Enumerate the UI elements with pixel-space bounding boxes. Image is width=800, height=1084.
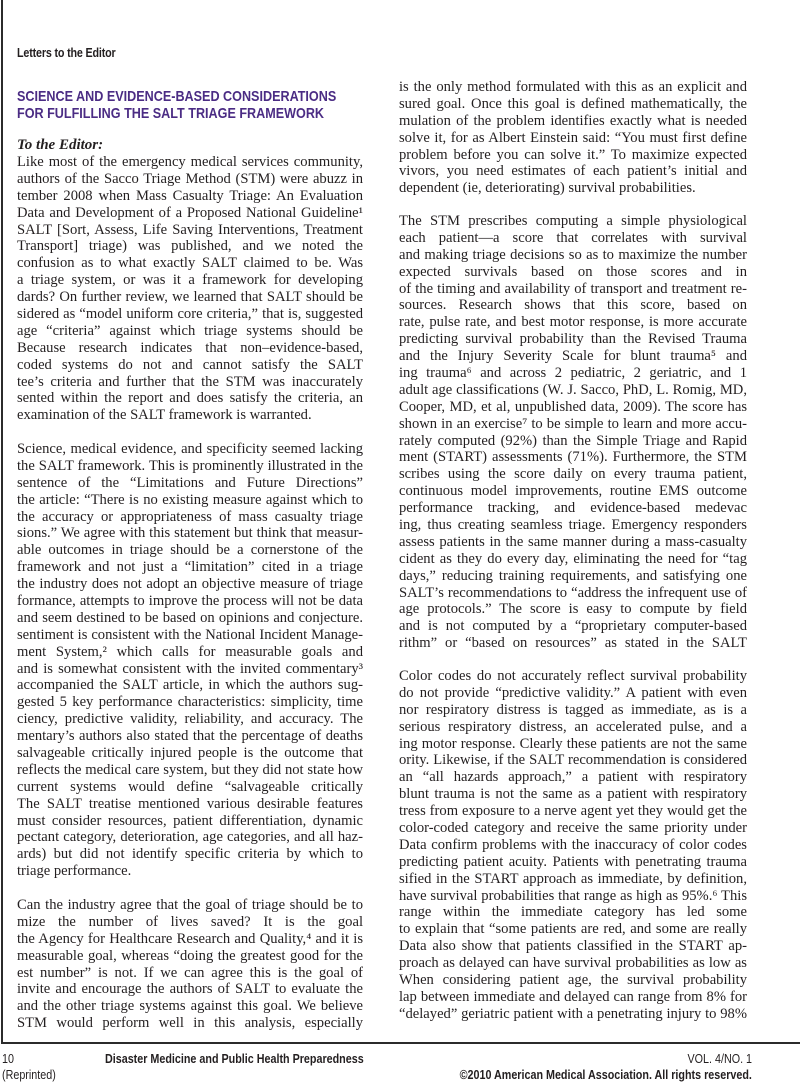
text-line: nor respiratory distress is tagged as im… <box>399 702 747 719</box>
text-line: and the other triage systems against thi… <box>17 998 363 1015</box>
text-line: ing trauma⁶ and across 2 pediatric, 2 ge… <box>399 365 747 382</box>
text-line: solve it, for as Albert Einstein said: “… <box>399 130 747 147</box>
text-line: formance, attempts to improve the proces… <box>17 593 363 610</box>
text-line: do not provide “predictive validity.” A … <box>399 685 747 702</box>
text-line: scribes using the score daily on every t… <box>399 466 747 483</box>
text-line: ing, thus creating seamless triage. Emer… <box>399 517 747 534</box>
text-line: have survival probabilities that range a… <box>399 888 747 905</box>
text-line: triage performance. <box>17 863 363 880</box>
right-paragraph-1: is the only method formulated with this … <box>399 79 747 197</box>
text-line: mulation of the problem identifies exact… <box>399 113 747 130</box>
text-line: authors of the Sacco Triage Method (STM)… <box>17 171 363 188</box>
text-line: and making triage decisions so as to max… <box>399 247 747 264</box>
text-line: Data also show that patients classified … <box>399 938 747 955</box>
text-line: of the timing and availability of transp… <box>399 281 747 298</box>
left-paragraph-2: Science, medical evidence, and specifici… <box>17 441 363 880</box>
title-line: FOR FULFILLING THE SALT TRIAGE FRAMEWORK <box>17 105 336 122</box>
text-line: sentence of the “Limitations and Future … <box>17 475 363 492</box>
text-line: When considering patient age, the surviv… <box>399 972 747 989</box>
text-line: days,” reducing training requirements, a… <box>399 568 747 585</box>
text-line: and is somewhat consistent with the invi… <box>17 661 363 678</box>
text-line: the SALT framework. This is prominently … <box>17 458 363 475</box>
text-line: gested 5 key performance characteristics… <box>17 694 363 711</box>
text-line: “delayed” geriatric patient with a penet… <box>399 1006 747 1023</box>
text-line: predicting patient acuity. Patients with… <box>399 854 747 871</box>
text-line: sions.” We agree with this statement but… <box>17 525 363 542</box>
text-line: age protocols.” The score is easy to com… <box>399 601 747 618</box>
text-line: measurable goal, whereas “doing the grea… <box>17 948 363 965</box>
page-frame-left-rule <box>1 0 3 1044</box>
text-line: ment System,² which calls for measurable… <box>17 644 363 661</box>
text-line: range within the immediate category has … <box>399 904 747 921</box>
journal-name: Disaster Medicine and Public Health Prep… <box>105 1052 364 1066</box>
right-paragraph-3: Color codes do not accurately reflect su… <box>399 668 747 1023</box>
text-line: Can the industry agree that the goal of … <box>17 897 363 914</box>
volume-issue: VOL. 4/NO. 1 <box>687 1052 752 1066</box>
text-line: reflects the medical care system, but th… <box>17 762 363 779</box>
text-line: est number” is not. If we can agree this… <box>17 965 363 982</box>
text-line: Data confirm problems with the inaccurac… <box>399 837 747 854</box>
article-title: SCIENCE AND EVIDENCE-BASED CONSIDERATION… <box>17 88 336 122</box>
text-line: sified in the START approach as immediat… <box>399 871 747 888</box>
text-line: ciency, predictive validity, reliability… <box>17 711 363 728</box>
text-line: able outcomes in triage should be a corn… <box>17 542 363 559</box>
text-line: sources. Research shows that this score,… <box>399 297 747 314</box>
text-line: and is not computed by a “proprietary co… <box>399 618 747 635</box>
text-line: an “all hazards approach,” a patient wit… <box>399 769 747 786</box>
text-line: and seem destined to be based on opinion… <box>17 610 363 627</box>
text-line: vivors, you need estimates of each patie… <box>399 163 747 180</box>
title-line: SCIENCE AND EVIDENCE-BASED CONSIDERATION… <box>17 88 336 105</box>
text-line: shown in an exercise⁷ to be simple to le… <box>399 416 747 433</box>
right-paragraph-2: The STM prescribes computing a simple ph… <box>399 213 747 652</box>
text-line: dards? On further review, we learned tha… <box>17 289 363 306</box>
text-line: Data and Development of a Proposed Natio… <box>17 205 363 222</box>
page-frame-bottom-rule <box>1 1042 800 1044</box>
text-line: performance tracking, and evidence-based… <box>399 500 747 517</box>
text-line: framework and not just a “limitation” ci… <box>17 559 363 576</box>
text-line: salvageable critically injured people is… <box>17 745 363 762</box>
text-line: ment (START) assessments (71%). Furtherm… <box>399 449 747 466</box>
text-line: blunt trauma is not the same as a patien… <box>399 786 747 803</box>
text-line: continuous model improvements, routine E… <box>399 483 747 500</box>
text-line: sidered as “model uniform core criteria,… <box>17 306 363 323</box>
text-line: pectant category, deterioration, age cat… <box>17 829 363 846</box>
section-label: Letters to the Editor <box>17 46 116 60</box>
text-line: STM would perform well in this analysis,… <box>17 1015 363 1032</box>
text-line: proach as delayed can have survival prob… <box>399 955 747 972</box>
text-line: ing motor response. Clearly these patien… <box>399 736 747 753</box>
text-line: color-coded category and receive the sam… <box>399 820 747 837</box>
text-line: dependent (ie, deteriorating) survival p… <box>399 180 747 197</box>
text-line: ority. Likewise, if the SALT recommendat… <box>399 752 747 769</box>
salutation: To the Editor: <box>17 137 103 154</box>
text-line: SALT’s recommendations to “address the i… <box>399 585 747 602</box>
text-line: adult age classifications (W. J. Sacco, … <box>399 382 747 399</box>
text-line: invite and encourage the authors of SALT… <box>17 981 363 998</box>
text-line: lap between immediate and delayed can ra… <box>399 989 747 1006</box>
text-line: sented within the report and does satisf… <box>17 390 363 407</box>
text-line: mentary’s authors also stated that the p… <box>17 728 363 745</box>
text-line: rate, pulse rate, and best motor respons… <box>399 314 747 331</box>
text-line: age “criteria” against which triage syst… <box>17 323 363 340</box>
text-line: The SALT treatise mentioned various desi… <box>17 796 363 813</box>
text-line: SALT [Sort, Assess, Life Saving Interven… <box>17 222 363 239</box>
text-line: tember 2008 when Mass Casualty Triage: A… <box>17 188 363 205</box>
text-line: the industry does not adopt an objective… <box>17 576 363 593</box>
text-line: expected survivals based on those scores… <box>399 264 747 281</box>
text-line: is the only method formulated with this … <box>399 79 747 96</box>
text-line: must consider resources, patient differe… <box>17 813 363 830</box>
left-paragraph-1: Like most of the emergency medical servi… <box>17 154 363 424</box>
text-line: serious respiratory distress, an acceler… <box>399 719 747 736</box>
text-line: sured goal. Once this goal is defined ma… <box>399 96 747 113</box>
text-line: Cooper, MD, et al, unpublished data, 200… <box>399 399 747 416</box>
text-line: and the Injury Severity Scale for blunt … <box>399 348 747 365</box>
text-line: sentiment is consistent with the Nationa… <box>17 627 363 644</box>
text-line: ards) but did not identify specific crit… <box>17 846 363 863</box>
text-line: Like most of the emergency medical servi… <box>17 154 363 171</box>
text-line: The STM prescribes computing a simple ph… <box>399 213 747 230</box>
text-line: Color codes do not accurately reflect su… <box>399 668 747 685</box>
text-line: current systems would define “salvageabl… <box>17 779 363 796</box>
text-line: tee’s criteria and further that the STM … <box>17 374 363 391</box>
text-line: rithm” or “based on resources” as stated… <box>399 635 747 652</box>
text-line: Transport] triage) was published, and we… <box>17 238 363 255</box>
text-line: tress from exposure to a nerve agent yet… <box>399 803 747 820</box>
text-line: assess patients in the same manner durin… <box>399 534 747 551</box>
text-line: rately computed (92%) than the Simple Tr… <box>399 433 747 450</box>
text-line: each patient—a score that correlates wit… <box>399 230 747 247</box>
text-line: mize the number of lives saved? It is th… <box>17 914 363 931</box>
left-paragraph-3: Can the industry agree that the goal of … <box>17 897 363 1032</box>
text-line: the article: “There is no existing measu… <box>17 492 363 509</box>
text-line: to explain that “some patients are red, … <box>399 921 747 938</box>
copyright: ©2010 American Medical Association. All … <box>460 1068 752 1082</box>
text-line: Science, medical evidence, and specifici… <box>17 441 363 458</box>
text-line: the accuracy or appropriateness of mass … <box>17 509 363 526</box>
text-line: problem before you can solve it.” To max… <box>399 147 747 164</box>
text-line: cident as they do every day, eliminating… <box>399 551 747 568</box>
text-line: the Agency for Healthcare Research and Q… <box>17 931 363 948</box>
text-line: Because research indicates that non–evid… <box>17 340 363 357</box>
text-line: predicting survival probability than the… <box>399 331 747 348</box>
text-line: examination of the SALT framework is war… <box>17 407 363 424</box>
reprinted-label: (Reprinted) <box>2 1068 56 1082</box>
text-line: accompanied the SALT article, in which t… <box>17 677 363 694</box>
text-line: coded systems do not and cannot satisfy … <box>17 357 363 374</box>
text-line: a triage system, or was it a framework f… <box>17 272 363 289</box>
page-number: 10 <box>2 1052 14 1066</box>
text-line: confusion as to what exactly SALT claime… <box>17 255 363 272</box>
